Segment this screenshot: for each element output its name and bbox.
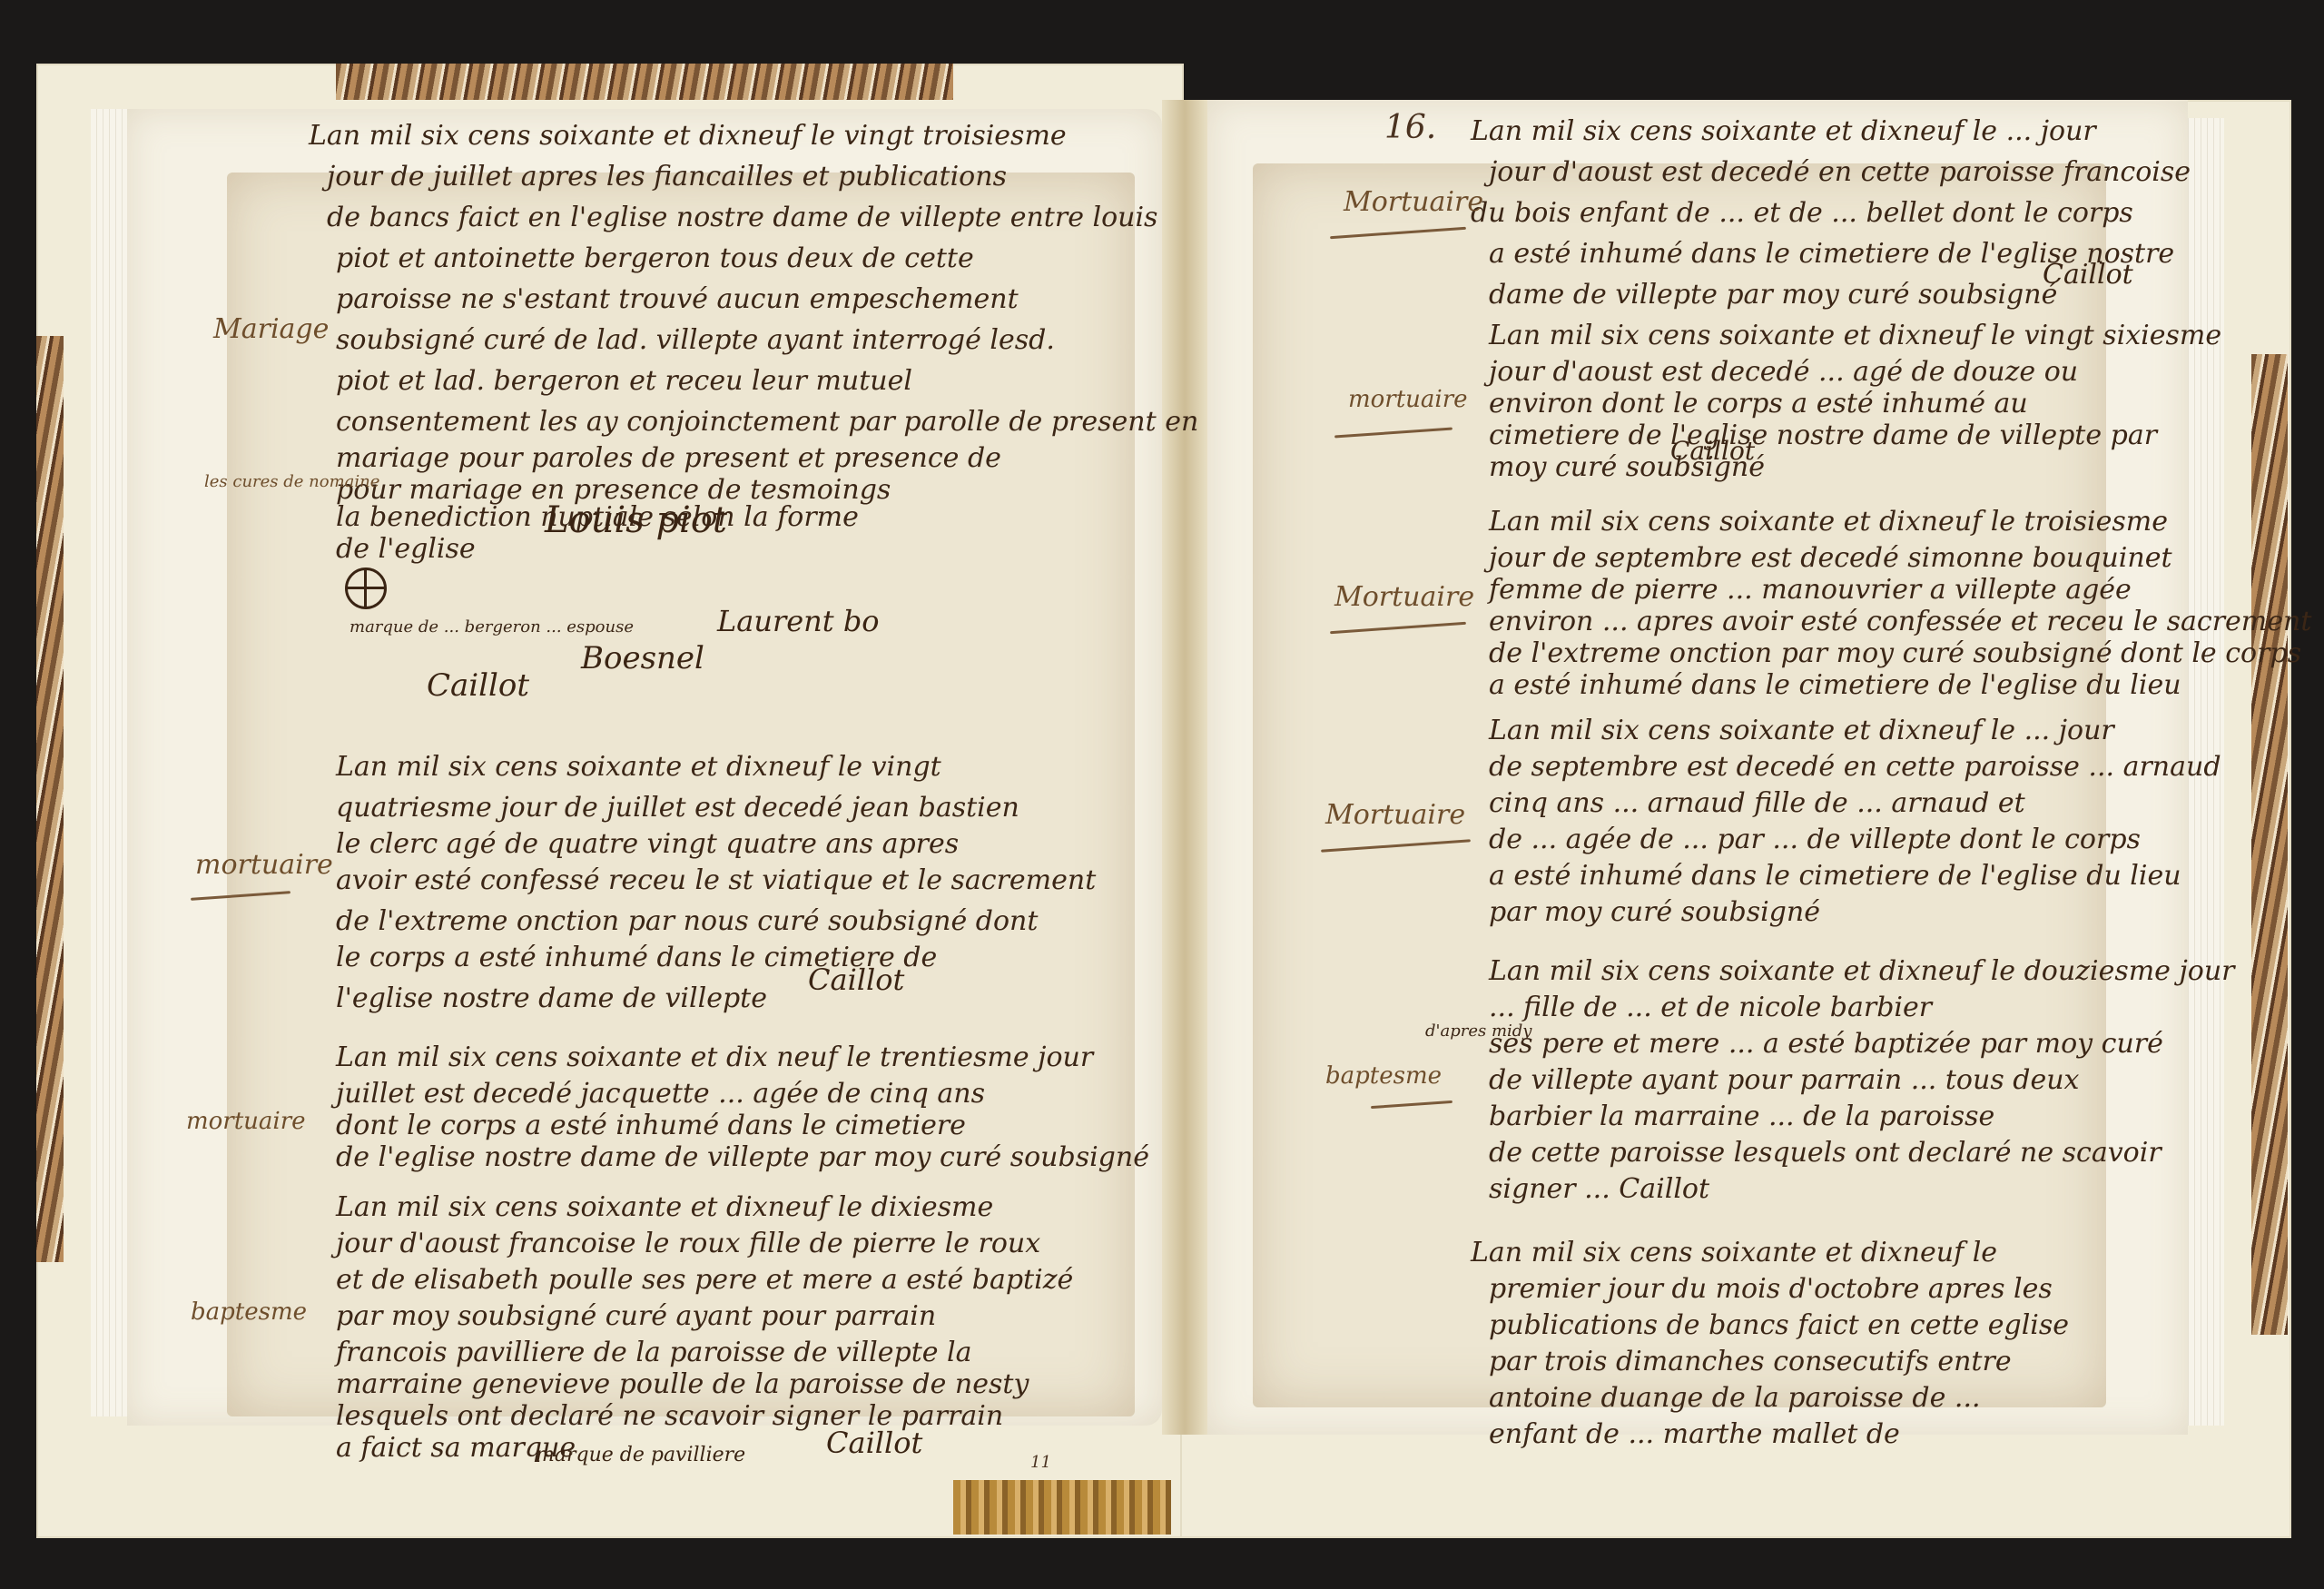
margin-label-mariage: Mariage bbox=[213, 313, 329, 345]
margin-label-mortuaire: mortuaire bbox=[1348, 386, 1468, 413]
text-line: jour d'aoust est decedé en cette paroiss… bbox=[1489, 150, 2191, 195]
text-line: enfant de ... marthe mallet de bbox=[1489, 1412, 1900, 1457]
margin-label-baptesme: baptesme bbox=[191, 1298, 307, 1326]
text-line: de bancs faict en l'eglise nostre dame d… bbox=[327, 195, 1157, 241]
margin-label-mortuaire: mortuaire bbox=[195, 849, 333, 881]
spine-bottom bbox=[953, 1480, 1171, 1535]
signature-caillot: Caillot bbox=[2043, 259, 2133, 291]
text-line: dame de villepte par moy curé soubsigné bbox=[1489, 272, 2057, 318]
marbled-endpaper-top bbox=[336, 64, 953, 100]
signature-pavilliere-mark: marque de pavilliere bbox=[536, 1444, 745, 1466]
text-line: du bois enfant de ... et de ... bellet d… bbox=[1471, 191, 2133, 236]
text-line: avoir esté confessé receu le st viatique… bbox=[336, 858, 1096, 903]
margin-label-mortuaire: mortuaire bbox=[186, 1108, 306, 1135]
book-gutter bbox=[1162, 100, 1207, 1435]
signature-laurent-bo: Laurent bo bbox=[717, 604, 880, 638]
folio-number: 11 bbox=[1030, 1453, 1051, 1472]
text-line: jour de juillet apres les fiancailles et… bbox=[327, 154, 1007, 200]
text-line: piot et lad. bergeron et receu leur mutu… bbox=[336, 359, 912, 404]
text-line: Lan mil six cens soixante et dixneuf le … bbox=[336, 745, 941, 790]
page-number: 16. bbox=[1384, 109, 1436, 146]
text-line: de l'eglise nostre dame de villepte par … bbox=[336, 1135, 1149, 1180]
signature-louis-piot: Louis piot bbox=[545, 499, 727, 541]
signature-caillot: Caillot bbox=[826, 1426, 922, 1460]
text-line: de l'eglise bbox=[336, 527, 476, 572]
mark-note: marque de ... bergeron ... espouse bbox=[350, 617, 634, 637]
text-line: signer ... Caillot bbox=[1489, 1167, 1709, 1212]
margin-label-mortuaire: Mortuaire bbox=[1334, 581, 1474, 613]
text-line: a esté inhumé dans le cimetiere de l'egl… bbox=[1489, 663, 2181, 708]
text-line: Lan mil six cens soixante et dixneuf le … bbox=[1471, 109, 2096, 154]
marbled-endpaper-left bbox=[36, 336, 64, 1262]
text-line: Lan mil six cens soixante et dixneuf le … bbox=[309, 113, 1067, 159]
signature-boesnel: Boesnel bbox=[581, 640, 704, 676]
text-line: l'eglise nostre dame de villepte bbox=[336, 976, 767, 1021]
marbled-endpaper-right bbox=[2251, 354, 2288, 1335]
signature-caillot: Caillot bbox=[808, 962, 904, 997]
margin-note: d'apres midy bbox=[1425, 1021, 1531, 1041]
cross-mark-icon bbox=[345, 567, 387, 609]
margin-note: les cures de nomaine bbox=[204, 472, 379, 491]
text-line: par moy curé soubsigné bbox=[1489, 890, 1820, 935]
text-line: soubsigné curé de lad. villepte ayant in… bbox=[336, 318, 1055, 363]
signature-caillot: Caillot bbox=[1670, 436, 1755, 466]
margin-label-baptesme: baptesme bbox=[1325, 1062, 1442, 1090]
text-line: paroisse ne s'estant trouvé aucun empesc… bbox=[336, 277, 1019, 322]
signature-caillot: Caillot bbox=[427, 667, 529, 704]
margin-label-mortuaire: Mortuaire bbox=[1325, 799, 1465, 831]
margin-label-mortuaire: Mortuaire bbox=[1344, 186, 1483, 218]
text-line: piot et antoinette bergeron tous deux de… bbox=[336, 236, 974, 281]
